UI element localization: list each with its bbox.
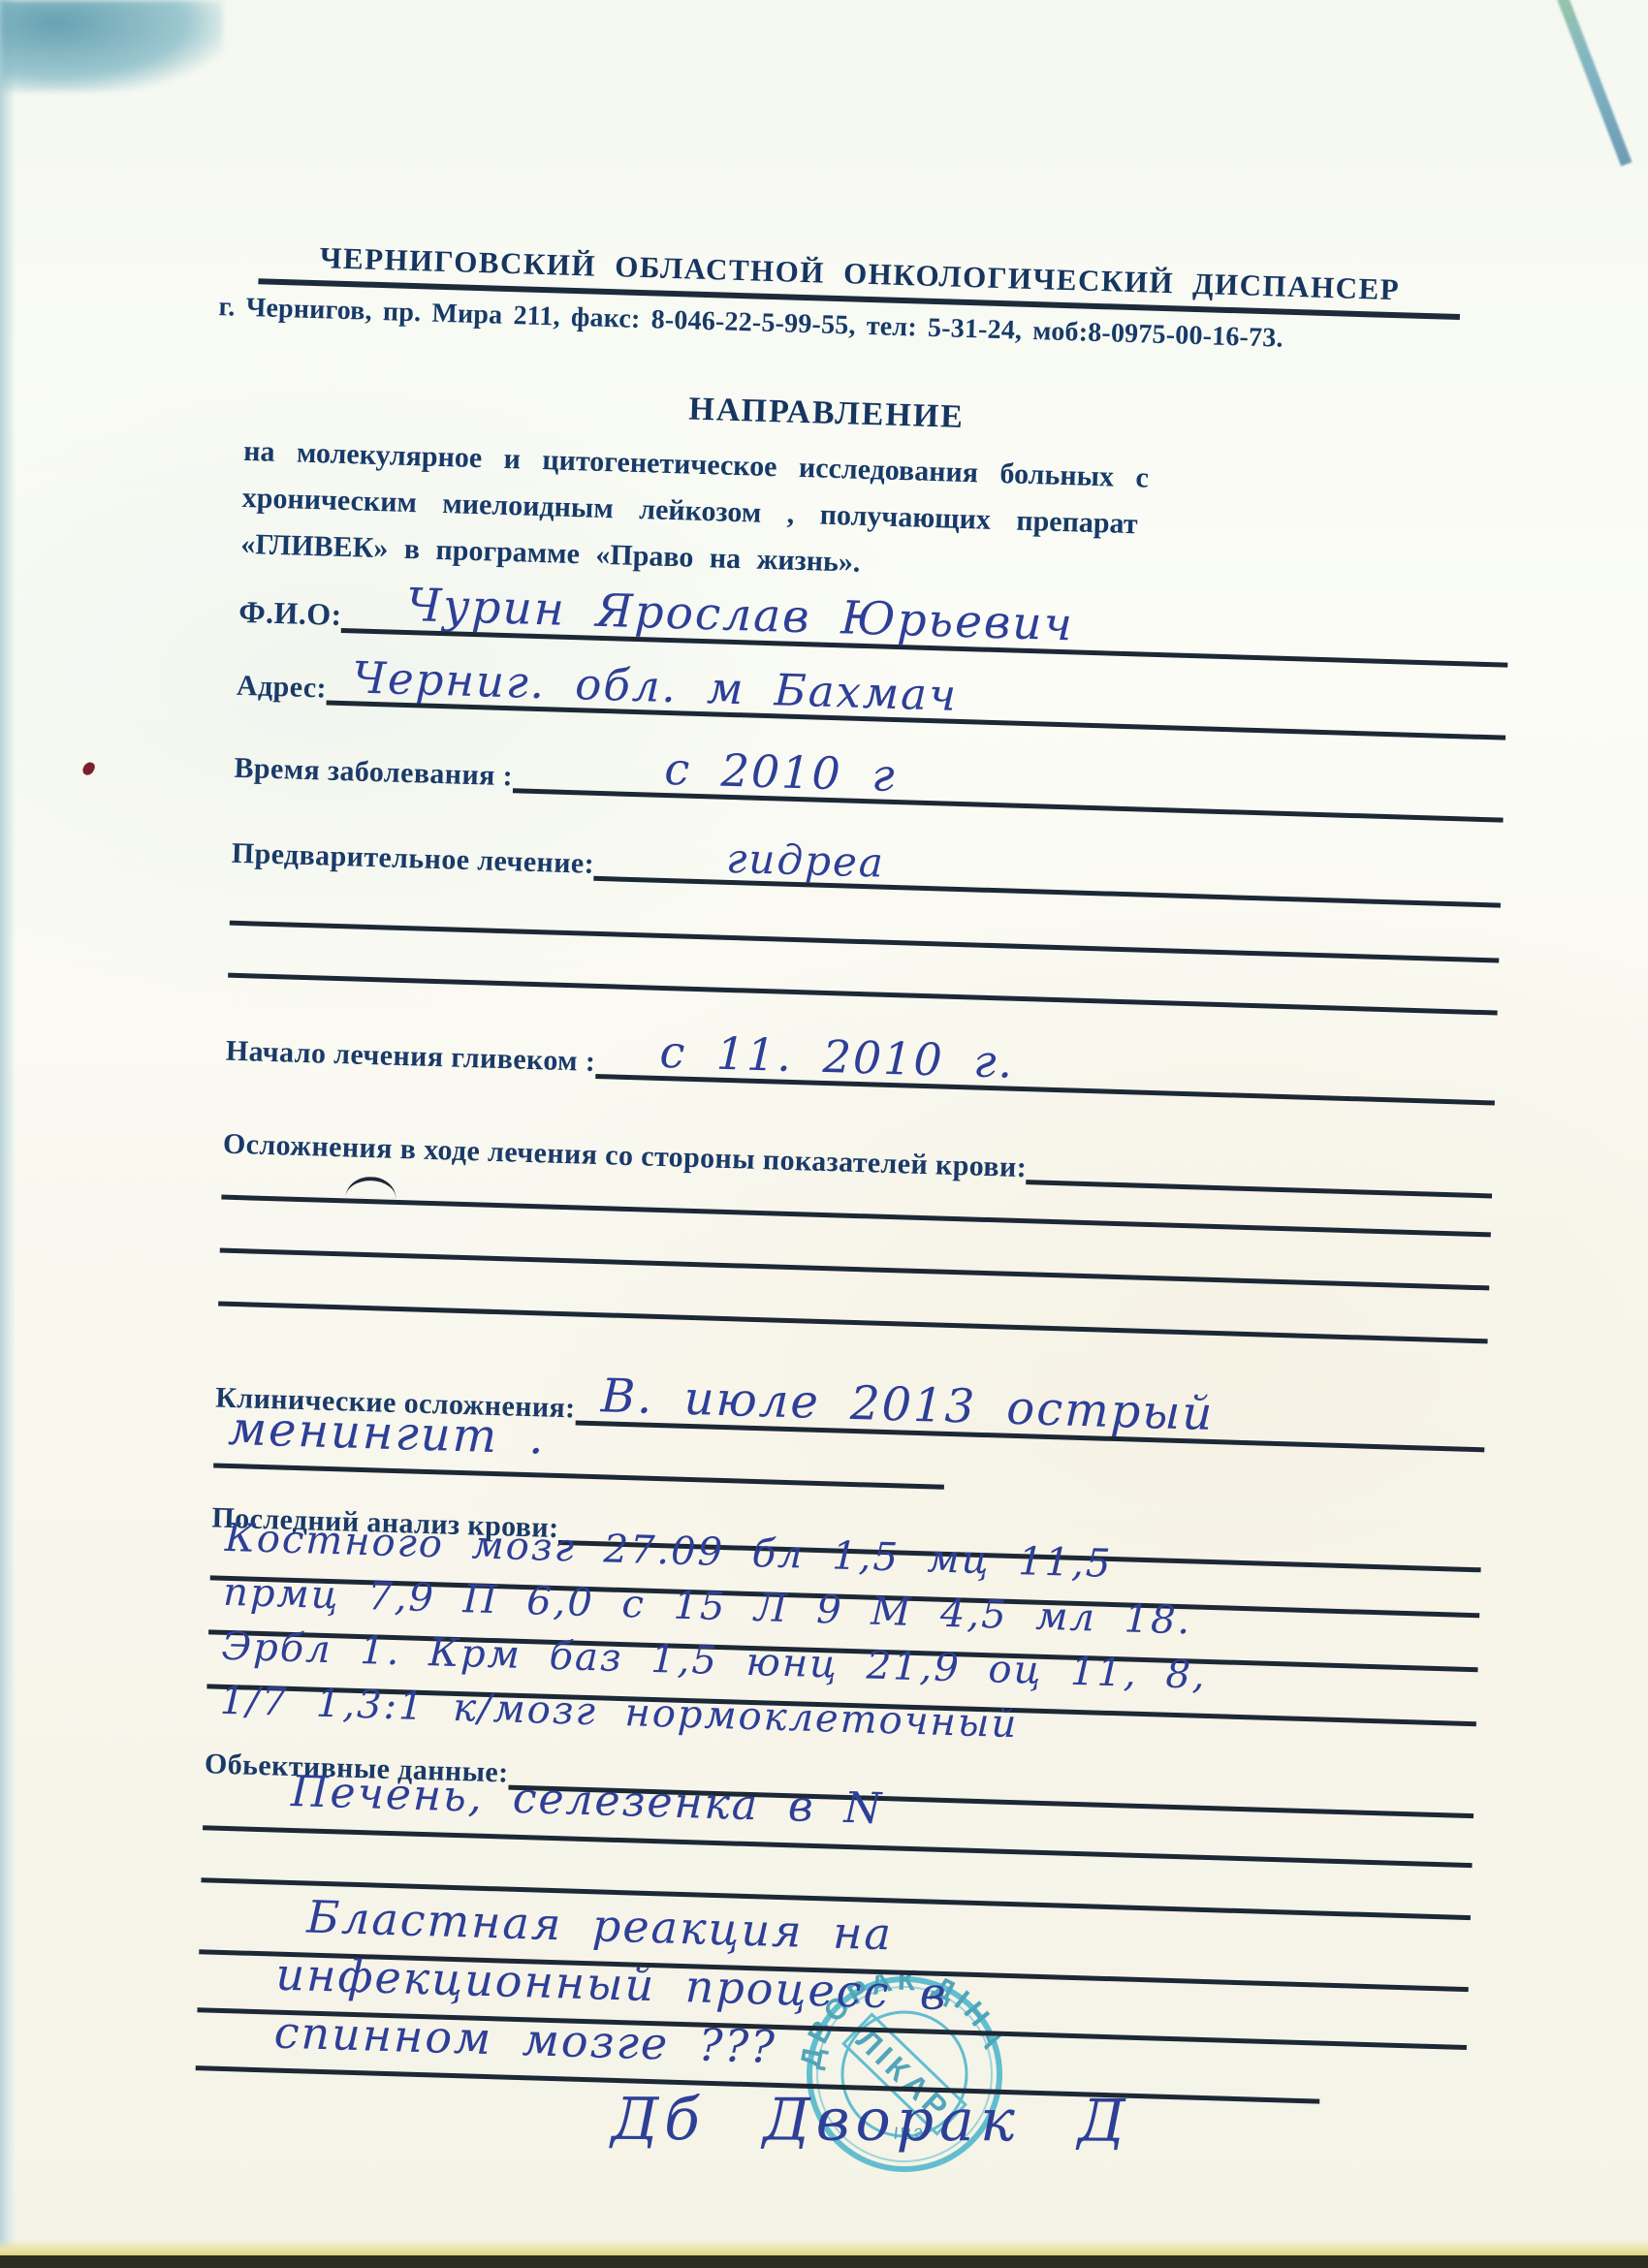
- objective-handwriting-2: Бластная реакция на: [306, 1891, 894, 1961]
- scan-edge-strip-left: [0, 0, 16, 2268]
- fio-handwriting: Чурин Ярослав Юрьевич: [366, 583, 1074, 647]
- glivec-start-label: Начало лечения гливеком :: [225, 1035, 595, 1079]
- signature-handwriting: Дб Дворак Д: [611, 2093, 1130, 2150]
- field-glivec-start: Начало лечения гливеком : с 11. 2010 г.: [225, 1006, 1496, 1106]
- address-line: Черниг. обл. м Бахмач: [326, 657, 1506, 740]
- glivec-start-line: с 11. 2010 г.: [595, 1029, 1497, 1105]
- glivec-start-handwriting: с 11. 2010 г.: [620, 1030, 1015, 1085]
- scan-smudge-top-left: [0, 0, 223, 92]
- field-disease-time: Время заболевания : с 2010 г: [234, 725, 1505, 823]
- pretreatment-label: Предварительное лечение:: [231, 837, 594, 881]
- doctor-signature: Дб Дворак Д: [611, 2086, 1132, 2157]
- referral-form: ЧЕРНИГОВСКИЙ ОБЛАСТНОЙ ОНКОЛОГИЧЕСКИЙ ДИ…: [192, 231, 1520, 2235]
- clinical-complications-handwriting-2: менингит .: [227, 1402, 546, 1465]
- address-label: Адрес:: [237, 670, 328, 706]
- address-handwriting: Черниг. обл. м Бахмач: [352, 658, 959, 717]
- pretreatment-handwriting: гидреа: [619, 836, 886, 883]
- fio-label: Ф.И.О:: [238, 594, 342, 633]
- scanned-referral-document: ДВОРАК ДІНА ІВа ЛІКАР ЧЕРНИГОВСКИЙ ОБЛАС…: [0, 0, 1648, 2268]
- disease-time-line: с 2010 г: [513, 744, 1505, 823]
- scan-edge-strip-bottom: [0, 2239, 1648, 2256]
- disease-time-label: Время заболевания :: [234, 752, 514, 794]
- ink-speck: [81, 760, 97, 776]
- scan-crease-top-right: [1552, 0, 1632, 167]
- scan-edge-shadow-bottom: [0, 2255, 1648, 2268]
- disease-time-handwriting: с 2010 г: [538, 744, 897, 798]
